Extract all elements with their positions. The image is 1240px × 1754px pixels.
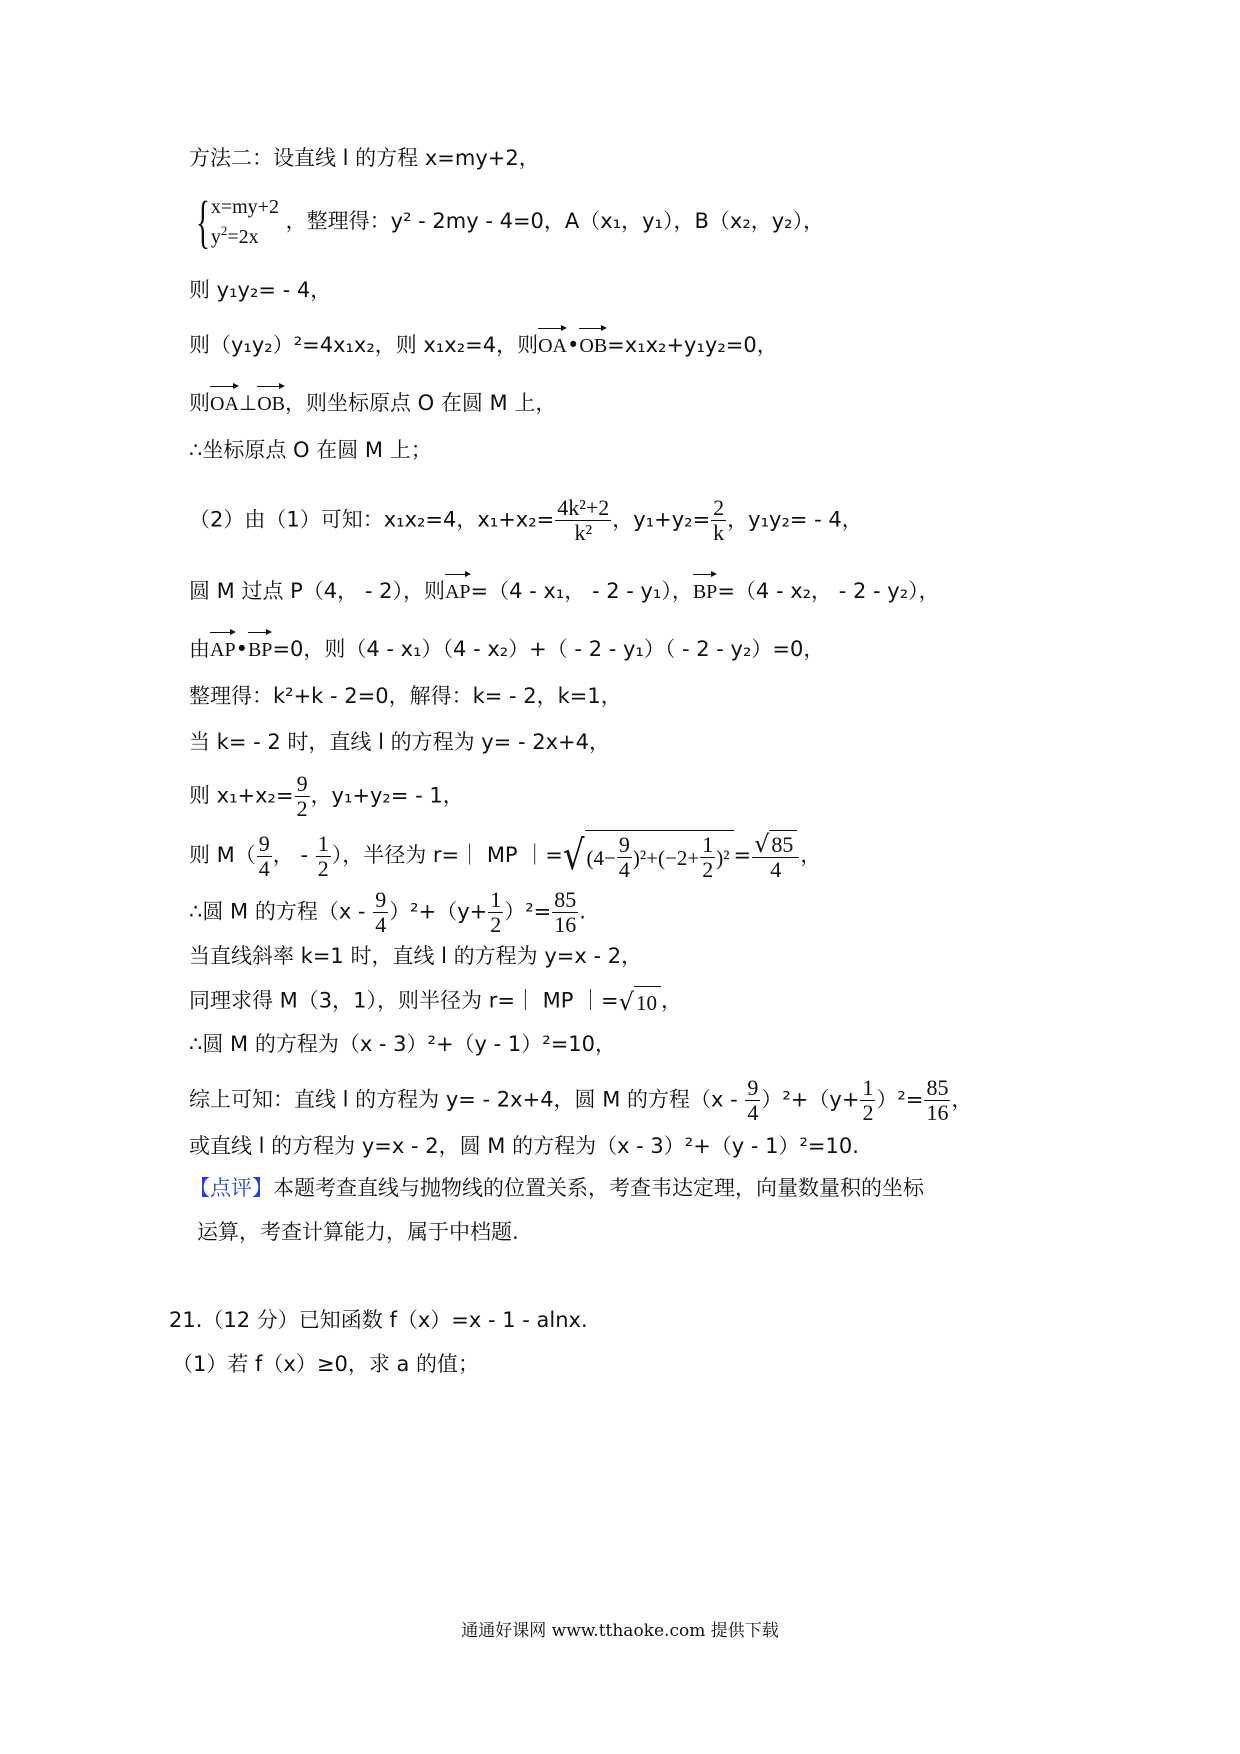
fraction-9-4: 94 <box>257 832 272 881</box>
vector-oa: OA <box>538 326 567 360</box>
equation-system: { x=my+2 y2=2x <box>189 192 279 252</box>
vector-ob: OB <box>257 384 285 418</box>
case-k-neg2-line: 当 k= - 2 时，直线 l 的方程为 y= - 2x+4， <box>189 728 610 756</box>
equation-system-line: { x=my+2 y2=2x ，整理得：y² - 2my - 4=0，A（x₁，… <box>189 192 824 252</box>
comment-tag: 【点评】 <box>189 1176 273 1200</box>
center-radius-2-line: 同理求得 M（3，1），则半径为 r=｜ MP ｜=√10， <box>189 986 682 1017</box>
dot-product-line: 则（y₁y₂）²=4x₁x₂，则 x₁x₂=4，则OA•OB=x₁x₂+y₁y₂… <box>189 326 778 360</box>
ap-bp-dot-line: 由AP•BP=0，则（4 - x₁）（4 - x₂）+（ - 2 - y₁）（ … <box>189 630 824 664</box>
vector-oa: OA <box>210 384 239 418</box>
vector-ap: AP <box>210 630 236 664</box>
x-sum-line: 则 x₁+x₂=92，y₁+y₂= - 1， <box>189 772 464 821</box>
circle-point-p-line: 圆 M 过点 P（4， - 2），则AP=（4 - x₁， - 2 - y₁），… <box>189 572 940 606</box>
left-brace: { <box>196 192 210 252</box>
circle-equation-2: ∴圆 M 的方程为（x - 3）²+（y - 1）²=10， <box>189 1030 616 1058</box>
summary-or-line: 或直线 l 的方程为 y=x - 2，圆 M 的方程为（x - 3）²+（y -… <box>189 1132 859 1160</box>
vector-bp: BP <box>248 630 272 664</box>
radius-sqrt-expression: √(4−94)²+(−2+12)² <box>563 830 734 882</box>
question-21-part1: （1）若 f（x）≥0，求 a 的值； <box>172 1350 479 1378</box>
dot-symbol: • <box>236 637 248 661</box>
vector-ap: AP <box>445 572 471 606</box>
fraction-x-sum: 4k²+2k² <box>555 496 611 545</box>
fraction-sqrt85-4: √854 <box>752 830 799 882</box>
part2-line: （2）由（1）可知：x₁x₂=4，x₁+x₂=4k²+2k²，y₁+y₂=2k，… <box>189 496 863 545</box>
dot-symbol: • <box>567 333 579 357</box>
center-radius-line: 则 M（94， - 12），半径为 r=｜ MP ｜=√(4−94)²+(−2+… <box>189 830 821 882</box>
perpendicular-line: 则OA⊥OB，则坐标原点 O 在圆 M 上， <box>189 384 556 418</box>
fraction-85-16: 8516 <box>552 888 578 937</box>
system-row-1: x=my+2 <box>211 192 279 222</box>
fraction-y-sum: 2k <box>711 496 726 545</box>
system-row-2: y2=2x <box>211 222 279 252</box>
case-k1-line: 当直线斜率 k=1 时，直线 l 的方程为 y=x - 2， <box>189 942 642 970</box>
vector-ob: OB <box>579 326 607 360</box>
vector-bp: BP <box>693 572 717 606</box>
comment-line-2: 运算，考查计算能力，属于中档题. <box>197 1218 519 1246</box>
simplify-line: 整理得：k²+k - 2=0，解得：k= - 2，k=1， <box>189 682 622 710</box>
sqrt-10: √10 <box>619 986 661 1017</box>
fraction-9-2: 92 <box>295 772 310 821</box>
comment-line-1: 【点评】本题考查直线与抛物线的位置关系，考查韦达定理，向量数量积的坐标 <box>189 1174 924 1202</box>
conclusion-part1: ∴坐标原点 O 在圆 M 上； <box>189 436 432 464</box>
question-21-title: 21.（12 分）已知函数 f（x）=x - 1 - alnx. <box>169 1306 588 1334</box>
summary-line: 综上可知：直线 l 的方程为 y= - 2x+4，圆 M 的方程（x - 94）… <box>189 1076 972 1125</box>
method2-title: 方法二：设直线 l 的方程 x=my+2， <box>189 144 540 172</box>
y1y2-line: 则 y₁y₂= - 4， <box>189 276 331 304</box>
circle-equation-1: ∴圆 M 的方程（x - 94）²+（y+12）²=8516. <box>189 888 586 937</box>
system-result: ，整理得：y² - 2my - 4=0，A（x₁，y₁），B（x₂，y₂）， <box>286 209 824 233</box>
page-footer: 通通好课网 www.tthaoke.com 提供下载 <box>0 1616 1240 1641</box>
perpendicular-symbol: ⊥ <box>239 391 257 415</box>
fraction-1-2: 12 <box>316 832 331 881</box>
